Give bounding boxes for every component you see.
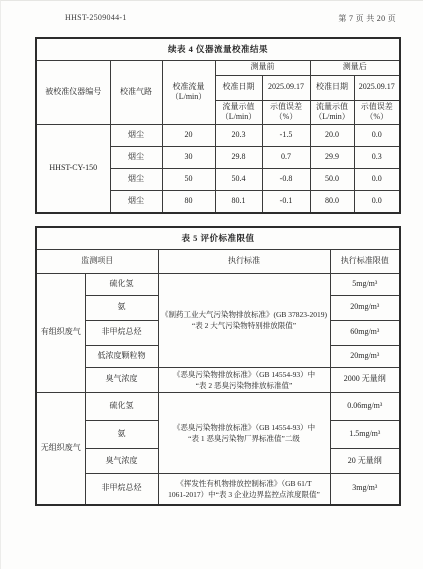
before-reading-cell: 80.1 — [215, 191, 262, 213]
table5-header-row: 监测项目 执行标准 执行标准限值 — [36, 249, 400, 273]
evaluation-limits-table: 表 5 评价标准限值 监测项目 执行标准 执行标准限值 有组织废气 硫化氢 《制… — [35, 226, 401, 506]
table-row: 有组织废气 硫化氢 《制药工业大气污染物排放标准》(GB 37823-2019)… — [36, 273, 400, 295]
col-header-error-after: 示值误差 （%） — [354, 100, 400, 125]
before-error-cell: -0.1 — [262, 191, 310, 213]
before-error-cell: -0.8 — [262, 169, 310, 191]
limit-cell: 60mg/m³ — [330, 320, 400, 345]
standard-odor-table2-cell: 《恶臭污染物排放标准》（GB 14554-93）中 “表 2 恶臭污染物排放标准… — [158, 367, 330, 393]
table-row: 无组织废气 硫化氢 《恶臭污染物排放标准》（GB 14554-93）中 “表 1… — [36, 393, 400, 421]
page-header: HHST-2509044-1 第 7 页 共 20 页 — [65, 13, 396, 24]
before-reading-cell: 20.3 — [215, 125, 262, 147]
col-header-after: 测量后 — [310, 60, 400, 75]
col-header-gas-path: 校准气路 — [110, 60, 162, 125]
standard-odor-table1-cell: 《恶臭污染物排放标准》（GB 14554-93）中 “表 1 恶臭污染物厂界标准… — [158, 393, 330, 474]
cal-flow-cell: 50 — [162, 169, 215, 191]
limit-cell: 20mg/m³ — [330, 295, 400, 320]
report-number: HHST-2509044-1 — [65, 13, 127, 24]
limit-cell: 20mg/m³ — [330, 345, 400, 367]
table-row: HHST-CY-150 烟尘 20 20.3 -1.5 20.0 0.0 — [36, 125, 400, 147]
after-error-cell: 0.0 — [354, 169, 400, 191]
col-header-limit: 执行标准限值 — [330, 249, 400, 273]
after-error-cell: 0.0 — [354, 191, 400, 213]
limit-cell: 0.06mg/m³ — [330, 393, 400, 421]
gas-path-cell: 烟尘 — [110, 169, 162, 191]
after-reading-cell: 50.0 — [310, 169, 354, 191]
cal-flow-cell: 80 — [162, 191, 215, 213]
after-reading-cell: 20.0 — [310, 125, 354, 147]
col-header-before: 测量前 — [215, 60, 310, 75]
page-indicator: 第 7 页 共 20 页 — [338, 13, 396, 24]
cal-date-value-before: 2025.09.17 — [262, 75, 310, 100]
item-cell: 硫化氢 — [85, 273, 158, 295]
document-page: HHST-2509044-1 第 7 页 共 20 页 续表 4 仪器流量校准结… — [0, 0, 423, 569]
limit-cell: 20 无量纲 — [330, 449, 400, 474]
table5-title-row: 表 5 评价标准限值 — [36, 227, 400, 249]
limit-cell: 3mg/m³ — [330, 474, 400, 505]
before-reading-cell: 50.4 — [215, 169, 262, 191]
before-reading-cell: 29.8 — [215, 147, 262, 169]
item-cell: 臭气浓度 — [85, 367, 158, 393]
col-header-error-before: 示值误差 （%） — [262, 100, 310, 125]
limit-cell: 2000 无量纲 — [330, 367, 400, 393]
before-error-cell: 0.7 — [262, 147, 310, 169]
gas-path-cell: 烟尘 — [110, 191, 162, 213]
table5-title: 表 5 评价标准限值 — [36, 227, 400, 249]
standard-pharma-cell: 《制药工业大气污染物排放标准》(GB 37823-2019) “表 2 大气污染… — [158, 273, 330, 367]
category-unorganized-cell: 无组织废气 — [36, 393, 85, 505]
item-cell: 非甲烷总烃 — [85, 320, 158, 345]
standard-voc-cell: 《挥发性有机物排放控制标准》（GB 61/T 1061-2017）中“表 3 企… — [158, 474, 330, 505]
gas-path-cell: 烟尘 — [110, 147, 162, 169]
category-organized-cell: 有组织废气 — [36, 273, 85, 393]
col-header-cal-flow: 校准流量 （L/min） — [162, 60, 215, 125]
item-cell: 非甲烷总烃 — [85, 474, 158, 505]
cal-flow-cell: 20 — [162, 125, 215, 147]
item-cell: 氨 — [85, 421, 158, 449]
table-row: 臭气浓度 《恶臭污染物排放标准》（GB 14554-93）中 “表 2 恶臭污染… — [36, 367, 400, 393]
flow-calibration-table: 续表 4 仪器流量校准结果 被校准仪器编号 校准气路 校准流量 （L/min） … — [35, 37, 401, 214]
col-header-flow-reading-after: 流量示值 （L/min） — [310, 100, 354, 125]
after-error-cell: 0.3 — [354, 147, 400, 169]
col-header-standard: 执行标准 — [158, 249, 330, 273]
instrument-id-cell: HHST-CY-150 — [36, 125, 110, 213]
item-cell: 硫化氢 — [85, 393, 158, 421]
limit-cell: 5mg/m³ — [330, 273, 400, 295]
cal-flow-cell: 30 — [162, 147, 215, 169]
gas-path-cell: 烟尘 — [110, 125, 162, 147]
after-reading-cell: 80.0 — [310, 191, 354, 213]
cal-date-label-after: 校准日期 — [310, 75, 354, 100]
col-header-instrument-id: 被校准仪器编号 — [36, 60, 110, 125]
table4-title: 续表 4 仪器流量校准结果 — [36, 38, 400, 60]
table4-title-row: 续表 4 仪器流量校准结果 — [36, 38, 400, 60]
after-reading-cell: 29.9 — [310, 147, 354, 169]
item-cell: 氨 — [85, 295, 158, 320]
after-error-cell: 0.0 — [354, 125, 400, 147]
col-header-flow-reading-before: 流量示值 （L/min） — [215, 100, 262, 125]
table-row: 非甲烷总烃 《挥发性有机物排放控制标准》（GB 61/T 1061-2017）中… — [36, 474, 400, 505]
item-cell: 低浓度颗粒物 — [85, 345, 158, 367]
before-error-cell: -1.5 — [262, 125, 310, 147]
cal-date-value-after: 2025.09.17 — [354, 75, 400, 100]
table4-header-row-1: 被校准仪器编号 校准气路 校准流量 （L/min） 测量前 测量后 — [36, 60, 400, 75]
col-header-monitor-item: 监测项目 — [36, 249, 158, 273]
limit-cell: 1.5mg/m³ — [330, 421, 400, 449]
item-cell: 臭气浓度 — [85, 449, 158, 474]
cal-date-label-before: 校准日期 — [215, 75, 262, 100]
